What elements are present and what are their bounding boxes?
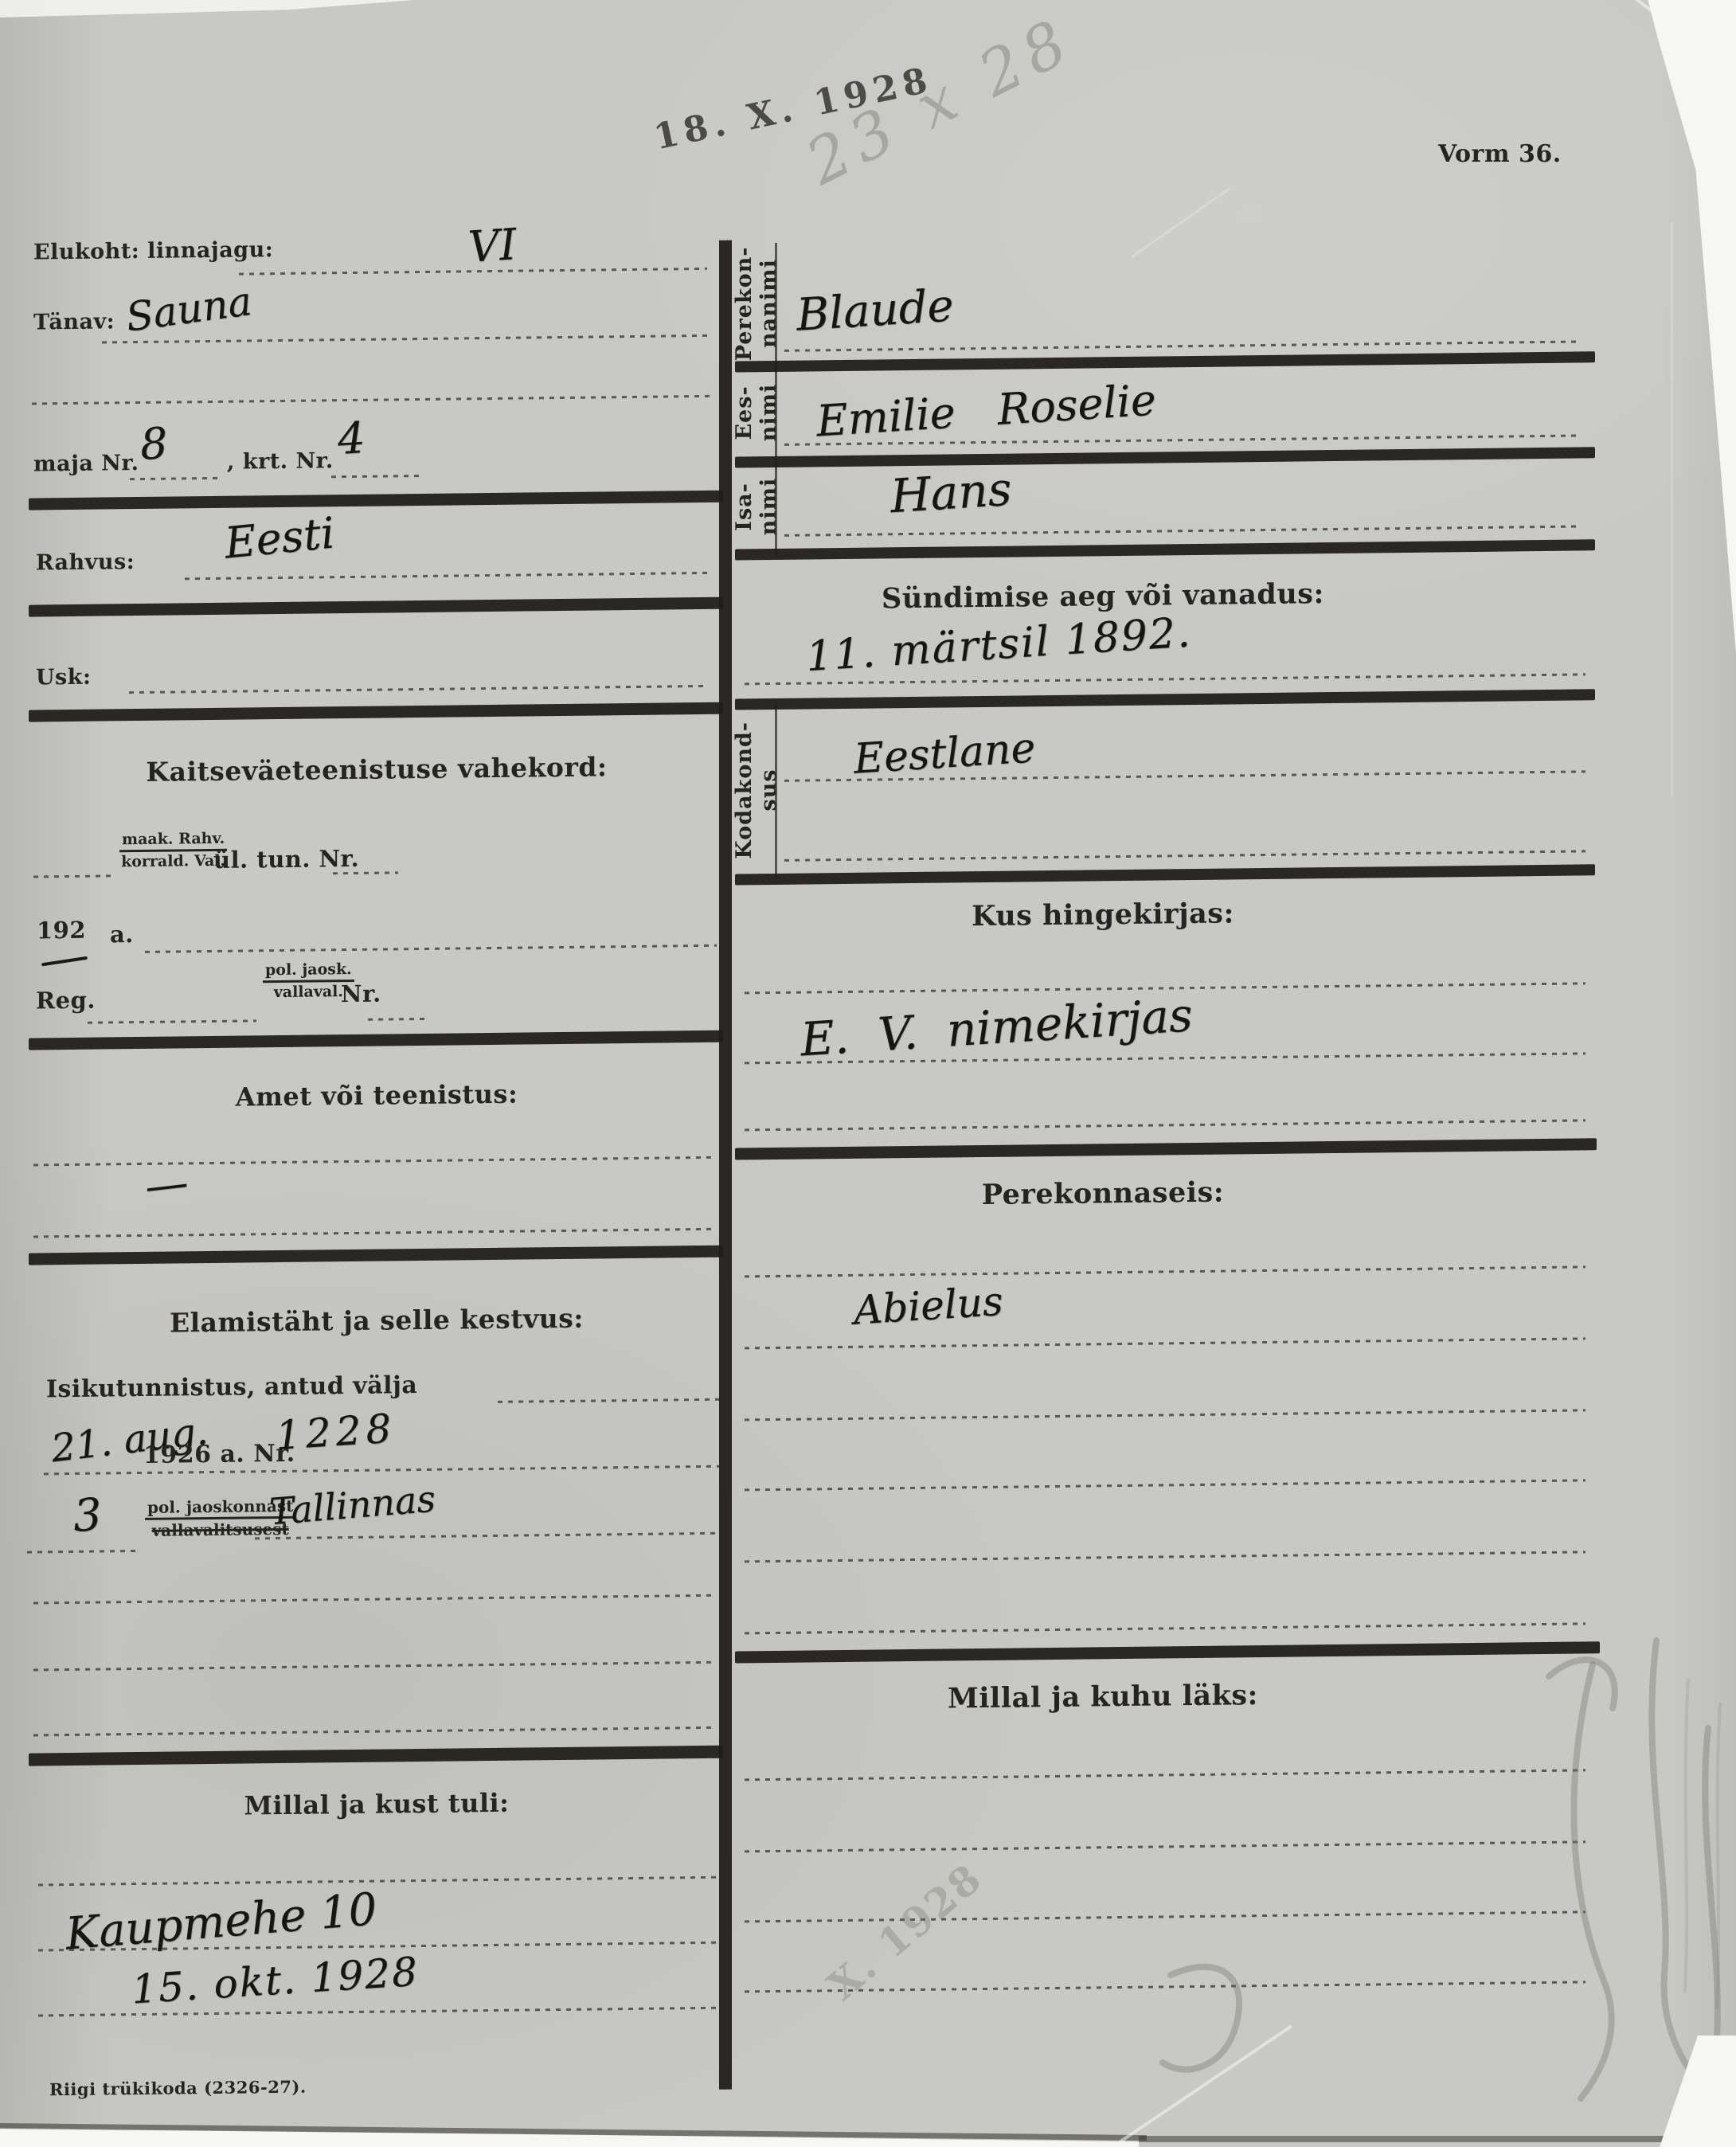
dotted-line [333,871,398,874]
citizenship-label-line1: Kodakond- [732,722,757,859]
house-value: 8 [139,418,169,470]
house-label: maja Nr. [33,451,139,477]
reg-frac-top: pol. jaosk. [263,961,354,983]
fathername-label-line1: Isa- [732,483,757,531]
dotted-line [33,1228,717,1238]
dotted-line [745,1479,1585,1491]
military-heading: Kaitseväeteenistuse vahekord: [32,750,721,789]
id-number-value: 1228 [275,1405,397,1459]
occupation-value: — [143,1157,190,1212]
military-frac-top: maak. Rahv. [119,831,227,852]
permit-heading: Elamistäht ja selle kestvus: [32,1301,721,1340]
dotted-line [784,525,1581,536]
dotted-line [88,1019,256,1023]
rule [735,447,1595,467]
paper-edge-shadow [1139,2136,1736,2142]
year-prefix: 192 [37,917,86,944]
rule [29,1246,723,1265]
surname-value: Blaude [795,280,955,341]
nationality-label: Rahvus: [36,549,135,575]
dotted-line [33,1661,717,1672]
firstname-value: Emilie Roselie [815,374,1158,446]
rule [29,1030,723,1050]
rule [735,539,1595,560]
nationality-value: Eesti [223,507,337,568]
dotted-line [745,1409,1585,1421]
year-suffix: a. [110,921,134,948]
crease-line [1671,223,1673,796]
dotted-line [33,1727,717,1737]
birth-value: 11. märtsil 1892. [805,608,1193,681]
firstname-label-line2: nimi [757,384,781,442]
dotted-line [745,1265,1585,1277]
reg-nr-label: Nr. [341,980,381,1008]
fathername-value: Hans [889,462,1013,524]
religion-label: Usk: [36,665,91,690]
id-label: Isikutunnistus, antud välja [46,1371,417,1403]
surname-label-line1: Perekon- [732,246,757,361]
rule [29,597,723,617]
street-value: Sauna [123,278,254,341]
precinct-value: 3 [72,1489,103,1543]
dotted-line [33,874,111,878]
issued-place-value: Tallinnas [268,1477,436,1534]
birth-heading: Sündimise aeg või vanadus: [745,576,1461,616]
dotted-line [33,1594,717,1605]
marital-value: Abielus [853,1278,1004,1334]
military-cert-label: ül. tun. Nr. [213,845,359,874]
dotted-line [38,1876,718,1887]
dotted-line [255,1532,720,1540]
registry-heading: Kus hingekirjas: [745,894,1461,935]
dotted-line [145,944,717,953]
residence-value: VI [467,219,518,272]
rule [29,491,723,510]
rule [735,864,1595,885]
dotted-line [33,1156,717,1167]
street-label: Tänav: [33,309,115,334]
dotted-line [368,1018,430,1021]
residence-label: Elukoht: linnajagu: [33,237,273,264]
handwritten-underline [41,956,88,967]
citizenship-value: Eestlane [853,724,1037,783]
rule [735,689,1595,710]
dotted-line [498,1398,721,1403]
form-number-label: Vorm 36. [1438,140,1562,168]
dotted-line [27,1550,140,1554]
citizenship-label-line2: sus [757,768,781,811]
surname-label-line2: nanimi [757,259,781,348]
id-year-label: 1926 a. Nr. [143,1440,295,1469]
dotted-line [32,395,715,405]
apartment-value: 4 [336,413,366,464]
apartment-label: , krt. Nr. [227,448,334,475]
pencil-scribble [1115,1633,1736,2142]
reg-label: Reg. [36,987,96,1015]
citizenship-side-label: Kodakond- sus [729,726,784,854]
dotted-line [130,477,219,480]
fathername-label-line2: nimi [757,478,781,536]
rule [29,702,723,722]
rule [735,1138,1597,1160]
registry-value: E. V. nimekirjas [800,987,1194,1066]
occupation-heading: Amet või teenistus: [32,1077,721,1115]
dotted-line [745,1337,1585,1349]
dotted-line [784,340,1581,351]
military-fraction: maak. Rahv. korrald. Val. [119,831,227,870]
dotted-line [745,1551,1585,1562]
dotted-line [129,685,709,694]
scanned-form-page: Elukoht: linnajagu: VI Tänav: Sauna maja… [0,0,1736,2147]
rule [735,351,1595,372]
firstname-label-line1: Ees- [732,385,757,440]
rule [29,1746,723,1766]
arrival-heading: Millal ja kust tuli: [32,1785,721,1824]
dotted-line [331,475,424,478]
arrival-date-value: 15. okt. 1928 [131,1949,420,2013]
marital-heading: Perekonnaseis: [745,1173,1461,1214]
dotted-line [784,850,1585,861]
dotted-line [745,1119,1585,1131]
dotted-line [102,334,709,344]
printer-note: Riigi trükikoda (2326-27). [49,2077,307,2100]
military-frac-bottom: korrald. Val. [119,851,227,870]
dotted-line [185,572,707,580]
